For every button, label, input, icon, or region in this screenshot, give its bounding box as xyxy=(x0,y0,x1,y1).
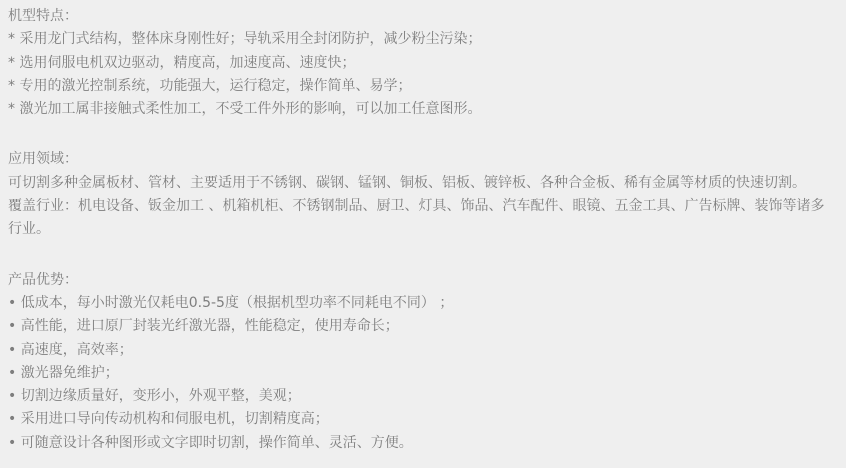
text-line: • 激光器免维护； xyxy=(8,362,838,385)
section-application-fields: 应用领域： 可切割多种金属板材、管材、主要适用于不锈钢、碳钢、锰钢、铜板、铝板、… xyxy=(8,148,838,241)
product-advantages-lines: • 低成本，每小时激光仅耗电0.5-5度（根据机型功率不同耗电不同） ；• 高性… xyxy=(8,292,838,455)
text-line: • 切割边缘质量好，变形小，外观平整，美观； xyxy=(8,385,838,408)
text-line: • 高性能，进口原厂封装光纤激光器，性能稳定，使用寿命长； xyxy=(8,315,838,338)
application-fields-heading: 应用领域： xyxy=(8,148,838,171)
text-line: • 采用进口导向传动机构和伺服电机，切割精度高； xyxy=(8,408,838,431)
section-product-advantages: 产品优势： • 低成本，每小时激光仅耗电0.5-5度（根据机型功率不同耗电不同）… xyxy=(8,269,838,455)
text-line: 覆盖行业：机电设备、钣金加工 、机箱机柜、不锈钢制品、厨卫、灯具、饰品、汽车配件… xyxy=(8,195,838,242)
text-line: • 低成本，每小时激光仅耗电0.5-5度（根据机型功率不同耗电不同） ； xyxy=(8,292,838,315)
product-description-page: 机型特点： * 采用龙门式结构，整体床身刚性好；导轨采用全封闭防护，减少粉尘污染… xyxy=(0,0,846,468)
machine-features-lines: * 采用龙门式结构，整体床身刚性好；导轨采用全封闭防护，减少粉尘污染；* 选用伺… xyxy=(8,28,838,121)
text-line: * 专用的激光控制系统，功能强大，运行稳定，操作简单、易学； xyxy=(8,75,838,98)
text-line: 可切割多种金属板材、管材、主要适用于不锈钢、碳钢、锰钢、铜板、铝板、镀锌板、各种… xyxy=(8,172,838,195)
text-line: * 激光加工属非接触式柔性加工，不受工件外形的影响，可以加工任意图形。 xyxy=(8,98,838,121)
text-line: • 高速度，高效率； xyxy=(8,339,838,362)
text-line: * 采用龙门式结构，整体床身刚性好；导轨采用全封闭防护，减少粉尘污染； xyxy=(8,28,838,51)
text-line: * 选用伺服电机双边驱动，精度高，加速度高、速度快； xyxy=(8,52,838,75)
application-fields-lines: 可切割多种金属板材、管材、主要适用于不锈钢、碳钢、锰钢、铜板、铝板、镀锌板、各种… xyxy=(8,172,838,242)
section-machine-features: 机型特点： * 采用龙门式结构，整体床身刚性好；导轨采用全封闭防护，减少粉尘污染… xyxy=(8,5,838,121)
product-advantages-heading: 产品优势： xyxy=(8,269,838,292)
text-line: • 可随意设计各种图形或文字即时切割，操作简单、灵活、方便。 xyxy=(8,432,838,455)
machine-features-heading: 机型特点： xyxy=(8,5,838,28)
